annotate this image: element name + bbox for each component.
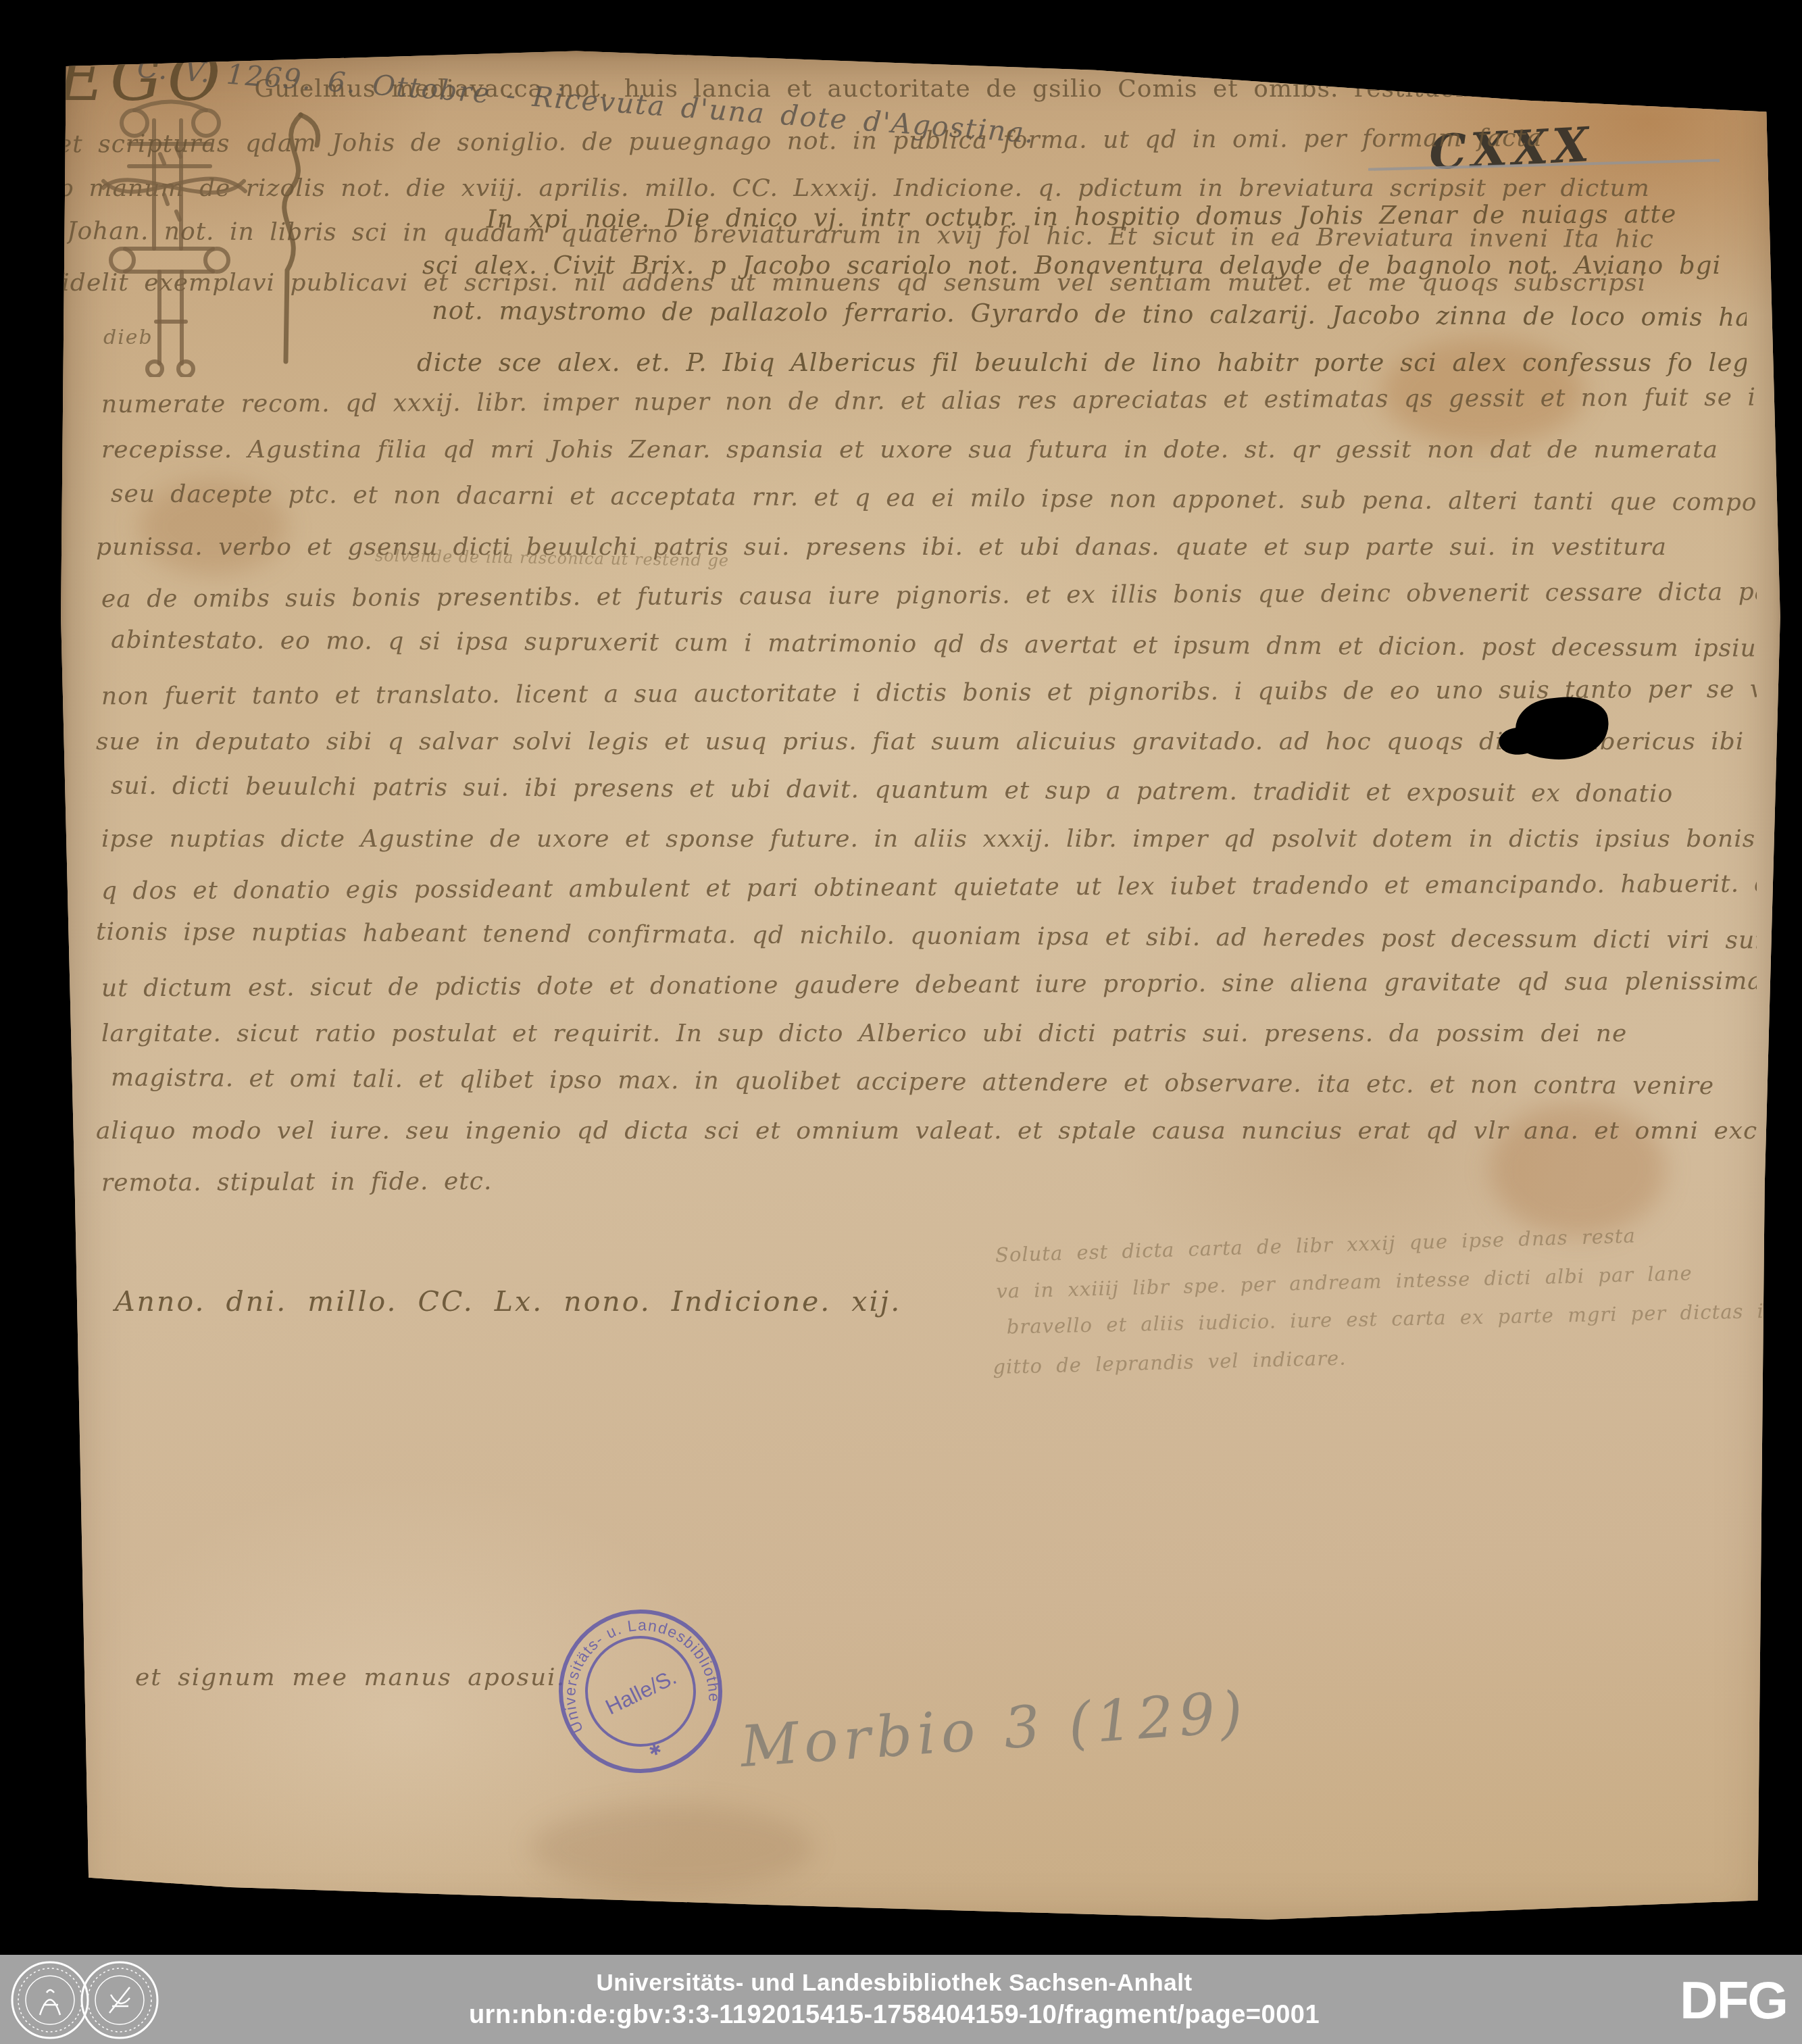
dfg-logo: DFG (1680, 1979, 1787, 2021)
footer-urn: urn:nbn:de:gbv:3:3-1192015415-1758404159… (469, 2001, 1320, 2030)
manuscript-text-line: not. maystromo de pallazolo ferrario. Gy… (432, 286, 1747, 342)
footer-text-block: Universitäts- und Landesbibliothek Sachs… (162, 1955, 1626, 2044)
library-stamp-icon: Universitäts- u. Landesbibliothek Halle/… (536, 1587, 745, 1796)
charter-body-lines: numerate recom. qd xxxij. libr. imper nu… (101, 377, 1757, 1204)
stamp-center-text: Halle/S. (601, 1664, 680, 1719)
manuscript-text-line: seu dacepte ptc. et non dacarni et accep… (111, 470, 1757, 528)
scan-canvas: C. V. 1269. 6. Ottobre - Ricevuta d'una … (0, 0, 1802, 2044)
manuscript-text-line: largitate. sicut ratio postulat et requi… (101, 1009, 1757, 1058)
stamp-star: ✱ (647, 1741, 664, 1760)
closing-signum-line: et signum mee manus aposui. (135, 1664, 566, 1691)
manuscript-text-line: sui. dicti beuulchi patris sui. ibi pres… (111, 762, 1757, 820)
manuscript-text-line: remota. stipulat in fide. etc. (101, 1152, 1757, 1208)
parchment: C. V. 1269. 6. Ottobre - Ricevuta d'una … (57, 47, 1787, 1946)
manuscript-text-line: q dos et donatio egis possideant ambulen… (101, 860, 1757, 916)
footer-institution: Universitäts- und Landesbibliothek Sachs… (596, 1970, 1192, 1997)
manuscript-text-line: numerate recom. qd xxxij. libr. imper nu… (101, 374, 1757, 430)
manuscript-text-line: Johan. not. in libris sci in quadam quat… (67, 208, 1726, 264)
manuscript-text-line: recepisse. Agustina filia qd mri Johis Z… (101, 426, 1757, 474)
manuscript-text-line: ipse nuptias dicte Agustine de uxore et … (101, 815, 1757, 864)
manuscript-text-line: non fuerit tanto et translato. licent a … (101, 666, 1757, 722)
dating-clause: Anno. dni. millo. CC. Lx. nono. Indicion… (115, 1285, 901, 1318)
manuscript-text-line: aliquo modo vel iure. seu ingenio qd dic… (96, 1107, 1757, 1155)
manuscript-text-line: punissa. verbo et gsensu dicti beuulchi … (96, 523, 1757, 572)
manuscript-text-line: magistra. et omi tali. et qlibet ipso ma… (111, 1054, 1757, 1112)
marginal-quittance-note: Soluta est dicta carta de libr xxxij que… (995, 1214, 1768, 1386)
manuscript-text-line: abintestato. eo mo. q si ipsa supruxerit… (111, 616, 1757, 674)
signum-caption: dieb (103, 326, 153, 349)
manuscript-text-line: tionis ipse nuptias habeant tenend confi… (96, 908, 1757, 966)
manuscript-text-line: ea de omibs suis bonis presentibs. et fu… (101, 568, 1757, 624)
manuscript-text-line: ut dictum est. sicut de pdictis dote et … (101, 957, 1757, 1014)
manuscript-text-line: et scripturas qdam Johis de soniglio. de… (57, 114, 1726, 169)
parchment-stain (530, 1804, 814, 1892)
pencil-shelfmark: Morbio 3 (129) (738, 1678, 1250, 1780)
university-seal-icons (9, 1958, 165, 2043)
footer-bar: Universitäts- und Landesbibliothek Sachs… (0, 1955, 1802, 2044)
